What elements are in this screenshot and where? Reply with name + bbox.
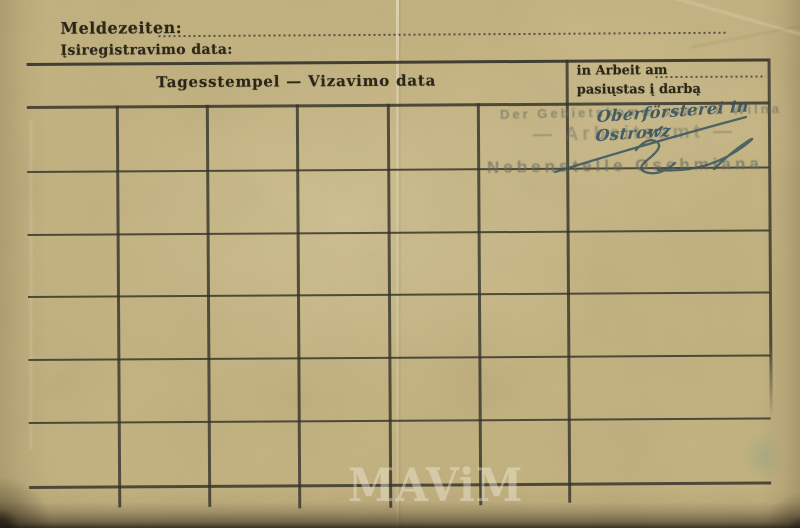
meldezeiten-fill-line (158, 32, 728, 37)
table-header-right-line1: in Arbeit am (577, 64, 668, 78)
table-column-line (387, 104, 392, 508)
table-column-line (206, 105, 211, 507)
table-row-line (28, 354, 770, 361)
printed-form: Meldezeiten: Įsiregistravimo data: Tages… (0, 0, 800, 528)
table-row-line (28, 291, 770, 298)
table-header-right-line2: pasiųstas į darbą (577, 83, 701, 97)
table-column-line (296, 104, 301, 508)
in-arbeit-fill-line (656, 75, 766, 78)
table-row-line (28, 229, 770, 236)
card-corner-shadow (0, 468, 90, 528)
table-row-line (29, 417, 771, 424)
registration-card-scan: Meldezeiten: Įsiregistravimo data: Tages… (0, 0, 800, 528)
table-header-left: Tagesstempel — Vizavimo data (27, 73, 566, 91)
isiregistravimo-label: Įsiregistravimo data: (60, 43, 232, 58)
table-column-line (477, 103, 482, 505)
card-corner-shadow (740, 488, 800, 528)
handwritten-signature (540, 100, 800, 210)
table-column-line (116, 105, 121, 507)
photo-bottom-shadow (0, 502, 800, 528)
